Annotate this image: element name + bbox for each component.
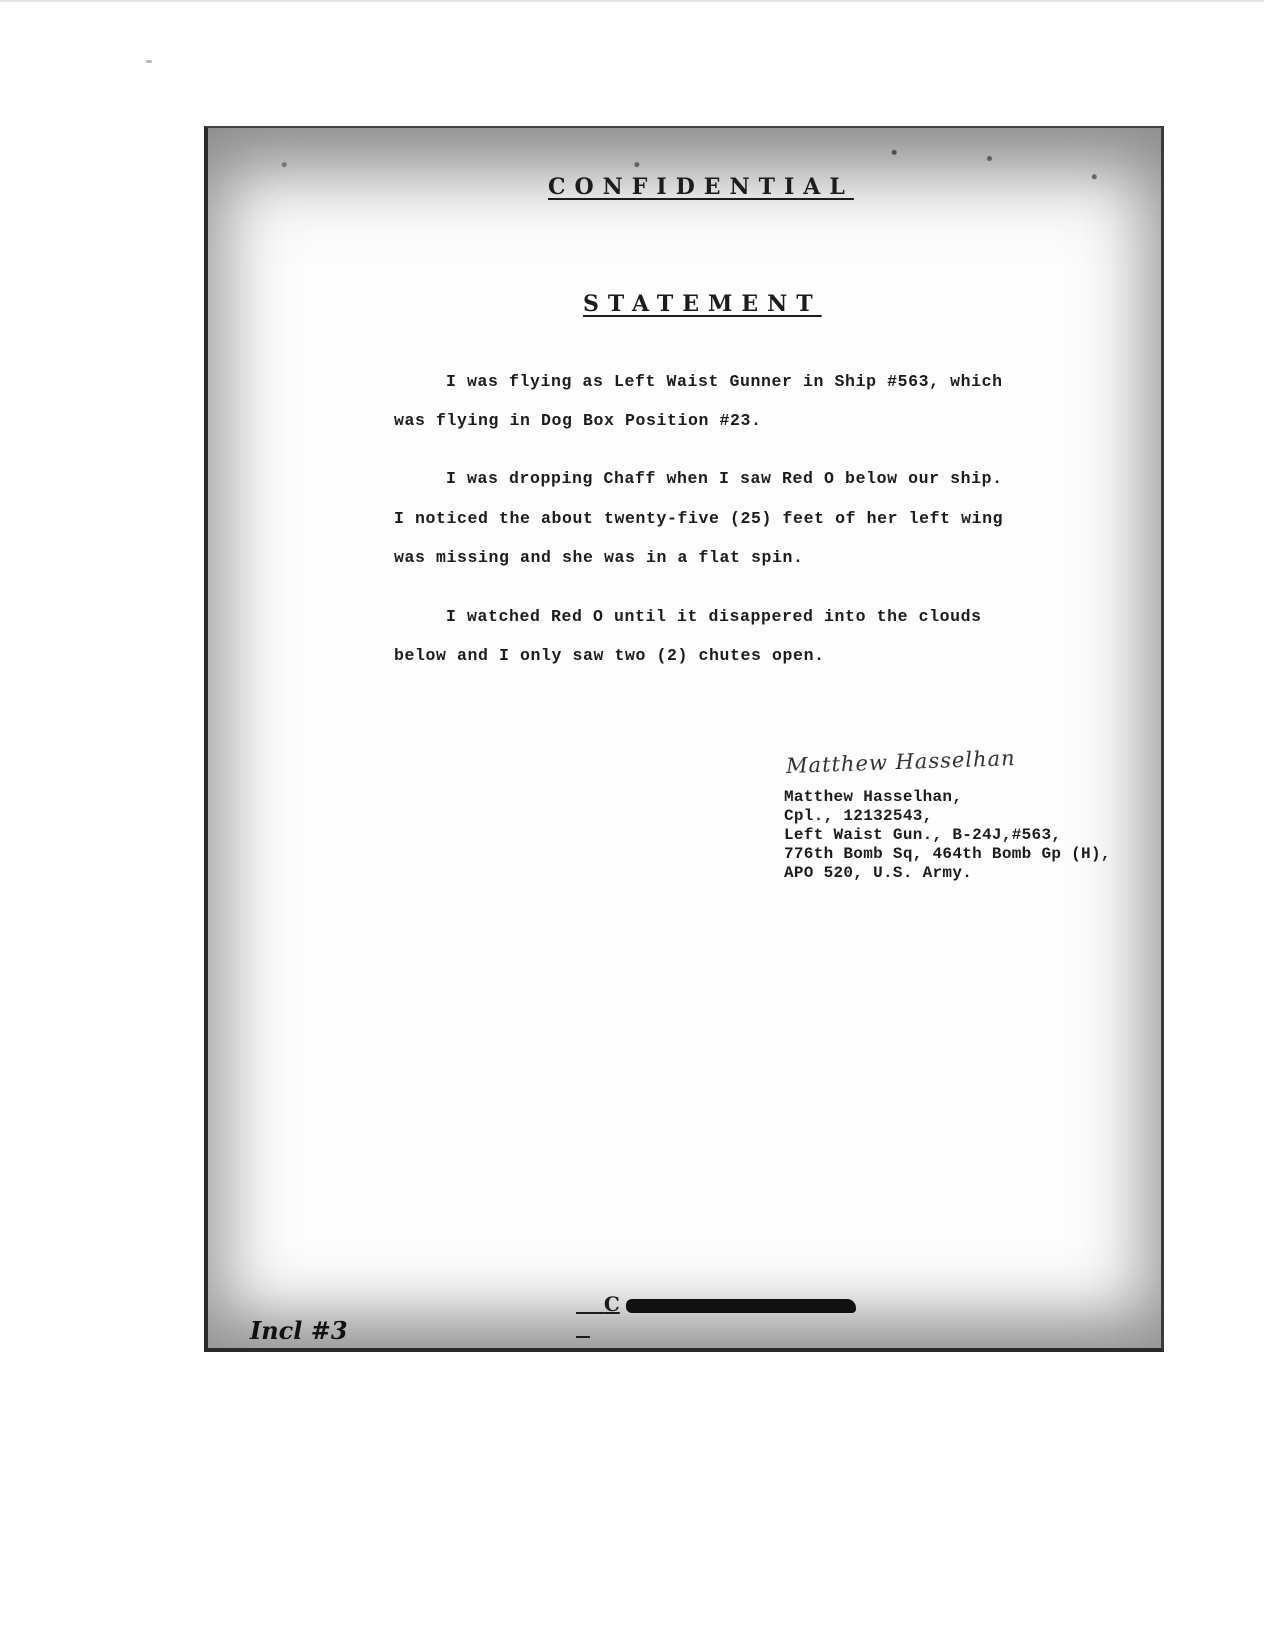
handwritten-inclosure-note: Incl #3 — [250, 1316, 348, 1345]
scan-speck — [146, 60, 152, 63]
document-title: STATEMENT — [583, 291, 822, 317]
paragraph-3-line-1: I watched Red O until it disappered into… — [446, 607, 982, 626]
page-edge — [0, 0, 1264, 2]
signature-position: Left Waist Gun., B-24J,#563, — [784, 826, 1111, 845]
paragraph-2-line-3: was missing and she was in a flat spin. — [394, 548, 804, 567]
paragraph-1-line-1: I was flying as Left Waist Gunner in Shi… — [446, 372, 1003, 391]
paragraph-2-line-2: I noticed the about twenty-five (25) fee… — [394, 509, 1003, 528]
footer-marking-visible: C — [604, 1292, 620, 1316]
signature-name: Matthew Hasselhan, — [784, 788, 1111, 807]
header-marking: CONFIDENTIAL — [548, 174, 854, 200]
signature-block: Matthew Hasselhan, Cpl., 12132543, Left … — [784, 788, 1111, 883]
paragraph-3-line-2: below and I only saw two (2) chutes open… — [394, 646, 825, 665]
signature-rank-serial: Cpl., 12132543, — [784, 807, 1111, 826]
handwritten-signature: Matthew Hasselhan — [786, 746, 1016, 778]
footer-redaction-bar — [626, 1299, 856, 1313]
scanned-document: CONFIDENTIAL STATEMENT I was flying as L… — [204, 126, 1164, 1352]
paragraph-1-line-2: was flying in Dog Box Position #23. — [394, 411, 762, 430]
paragraph-2-line-1: I was dropping Chaff when I saw Red O be… — [446, 469, 1003, 488]
signature-unit: 776th Bomb Sq, 464th Bomb Gp (H), — [784, 845, 1111, 864]
footer-marking: C — [576, 1268, 856, 1340]
signature-apo: APO 520, U.S. Army. — [784, 864, 1111, 883]
